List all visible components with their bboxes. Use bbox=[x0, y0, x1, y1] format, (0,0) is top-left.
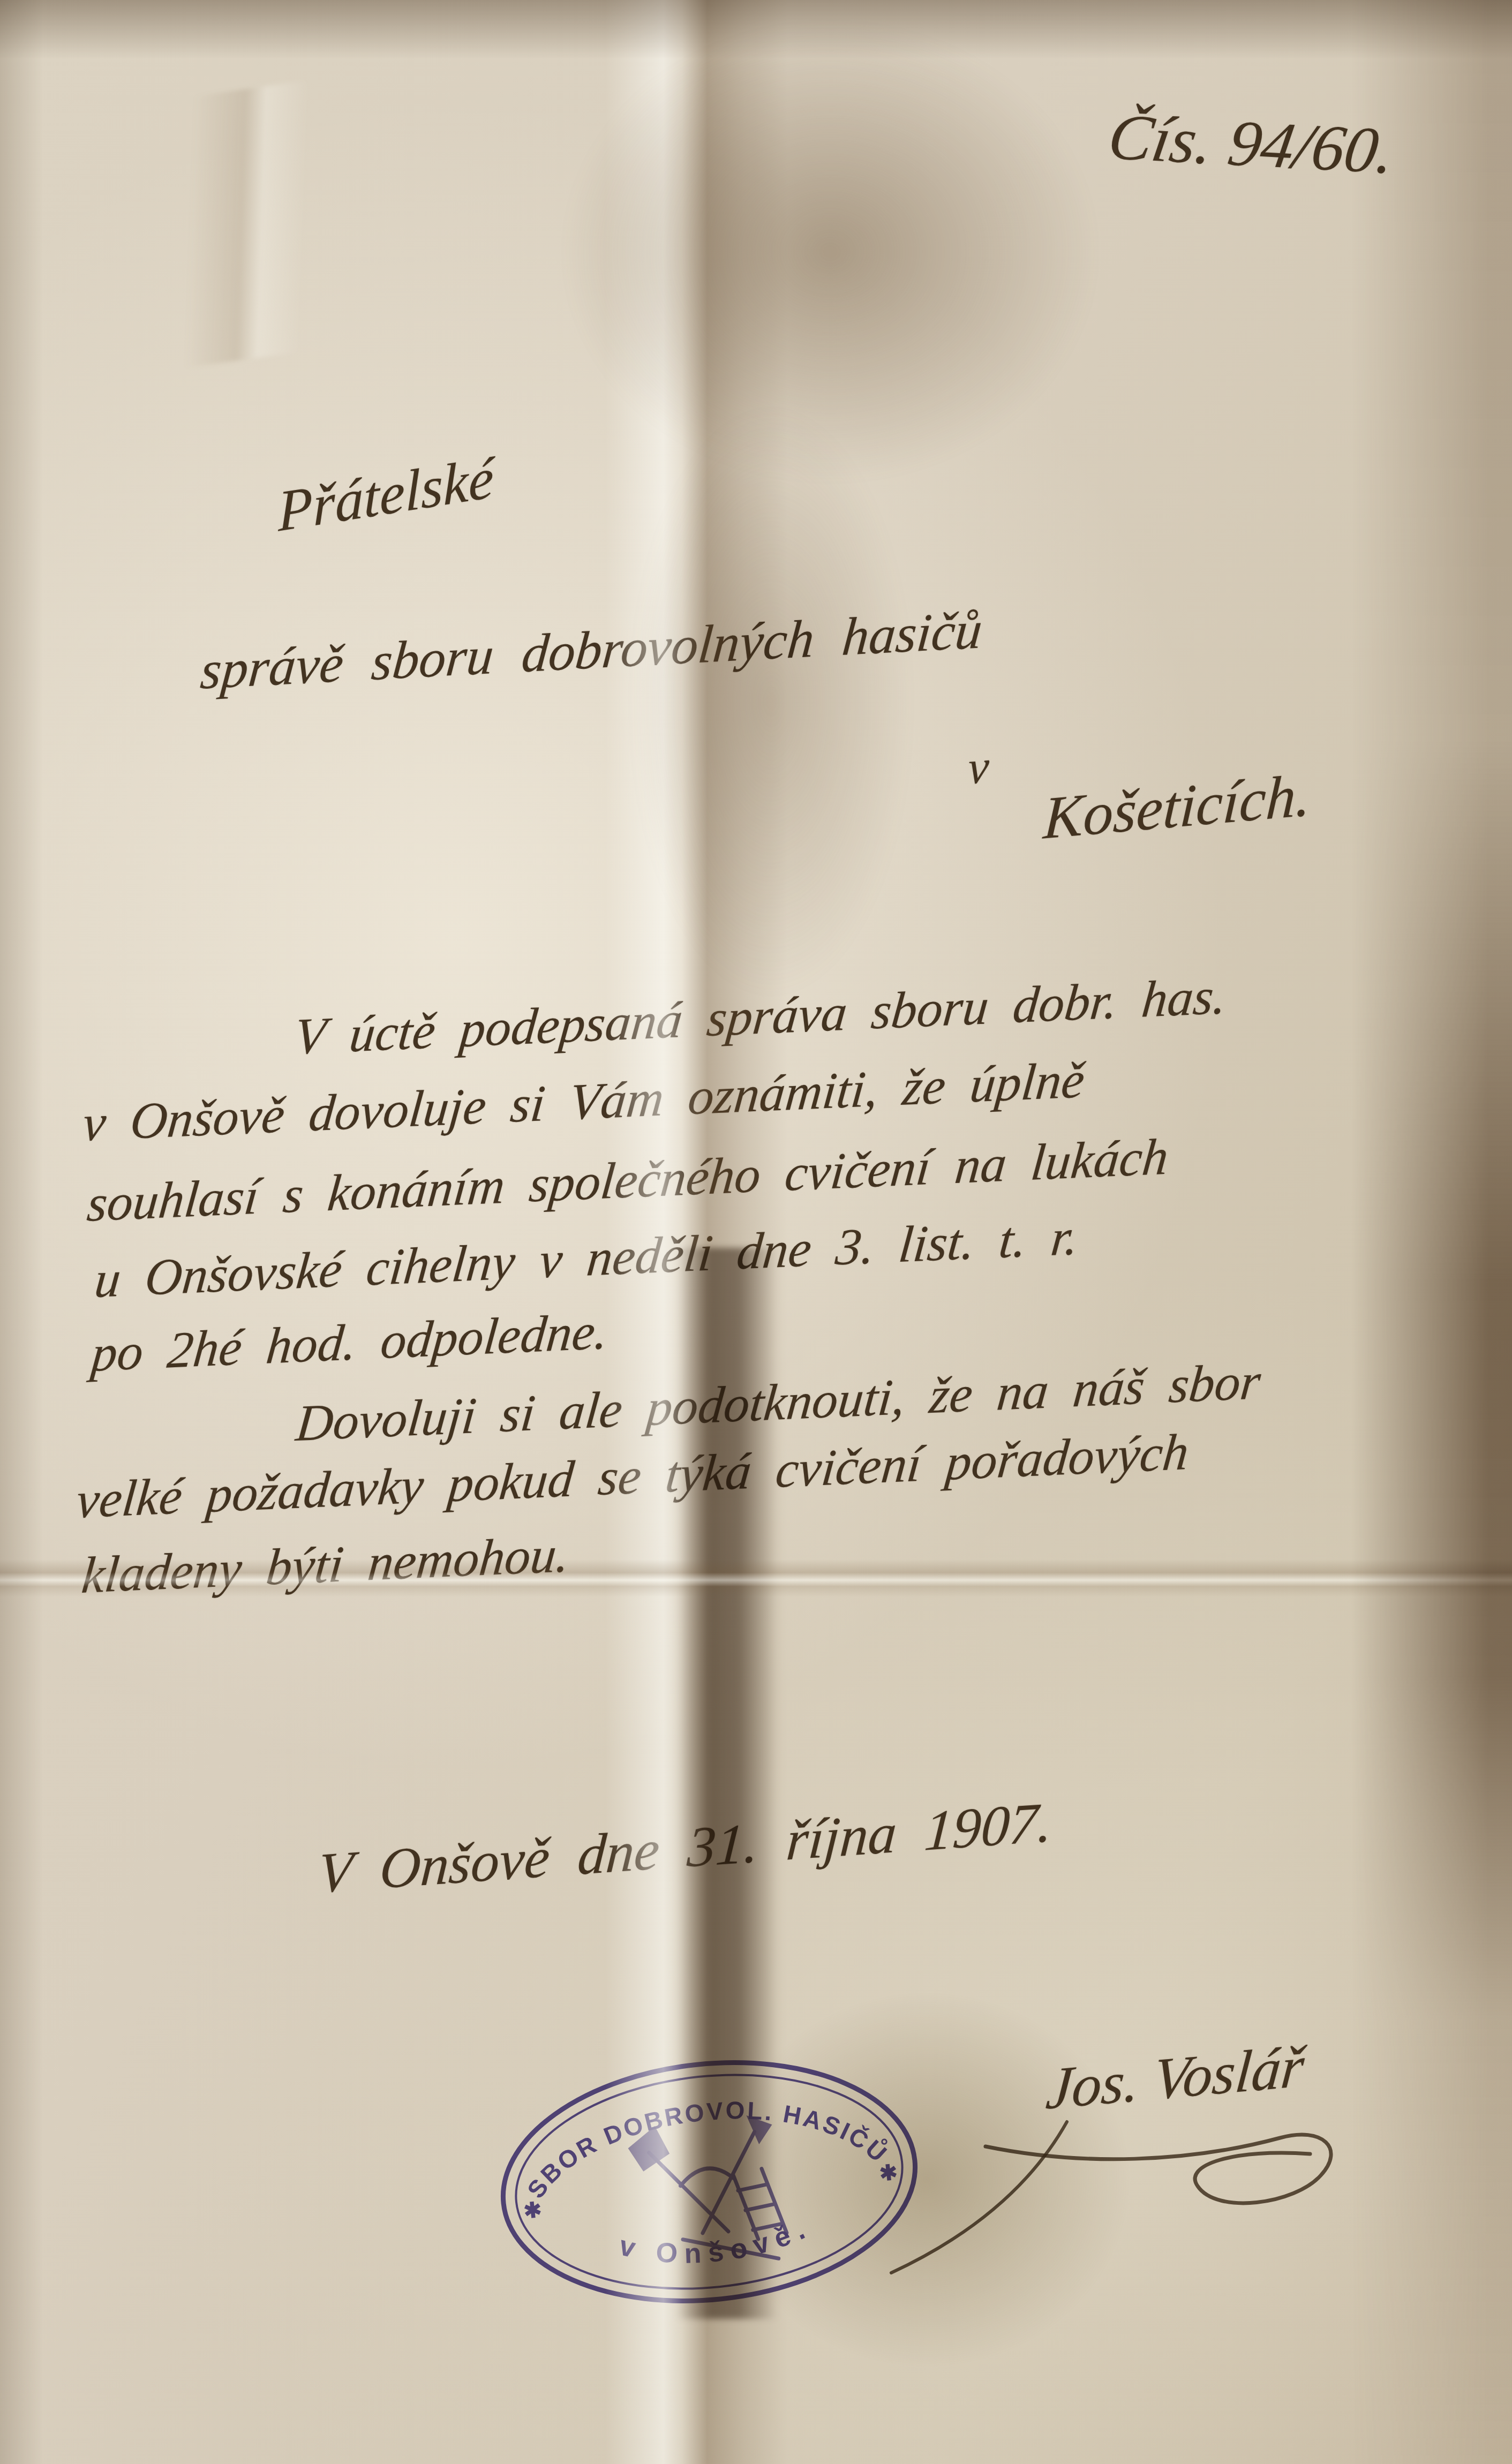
salutation: Přátelské bbox=[277, 444, 494, 546]
signature: Jos. Voslář bbox=[1043, 2032, 1307, 2123]
stamp-ornament-left: ✱ bbox=[523, 2198, 543, 2223]
reference-number: Čís. 94/60. bbox=[1103, 100, 1400, 189]
recipient-place: Košeticích. bbox=[1042, 760, 1313, 854]
right-edge-shadow bbox=[1351, 0, 1512, 2464]
rubber-stamp: SBOR DOBROVOL. HASIČŮ v Onšově. ✱ ✱ bbox=[480, 2033, 939, 2330]
stamp-inner-border bbox=[505, 2056, 913, 2307]
top-fold-smudge bbox=[562, 21, 1098, 482]
dateline: V Onšově dne 31. října 1907. bbox=[316, 1789, 1055, 1907]
stamp-ornament-right: ✱ bbox=[878, 2160, 899, 2186]
left-edge-shadow bbox=[0, 0, 43, 2464]
top-edge-shadow bbox=[0, 0, 1512, 59]
diagonal-crease bbox=[0, 59, 498, 391]
recipient-line: správě sboru dobrovolných hasičů bbox=[198, 599, 985, 702]
body-line: po 2hé hod. odpoledne. bbox=[89, 1301, 611, 1383]
body-line: kladeny býti nemohou. bbox=[79, 1524, 572, 1605]
recipient-place-prefix: v bbox=[967, 740, 990, 796]
body-line: V úctě podepsaná správa sboru dobr. has. bbox=[292, 966, 1229, 1066]
fold-smudge-upper bbox=[632, 407, 911, 996]
stamp-arc-top-text: SBOR DOBROVOL. HASIČŮ bbox=[514, 2078, 897, 2205]
scanned-letter-page: Čís. 94/60. Přátelské správě sboru dobro… bbox=[0, 0, 1512, 2464]
